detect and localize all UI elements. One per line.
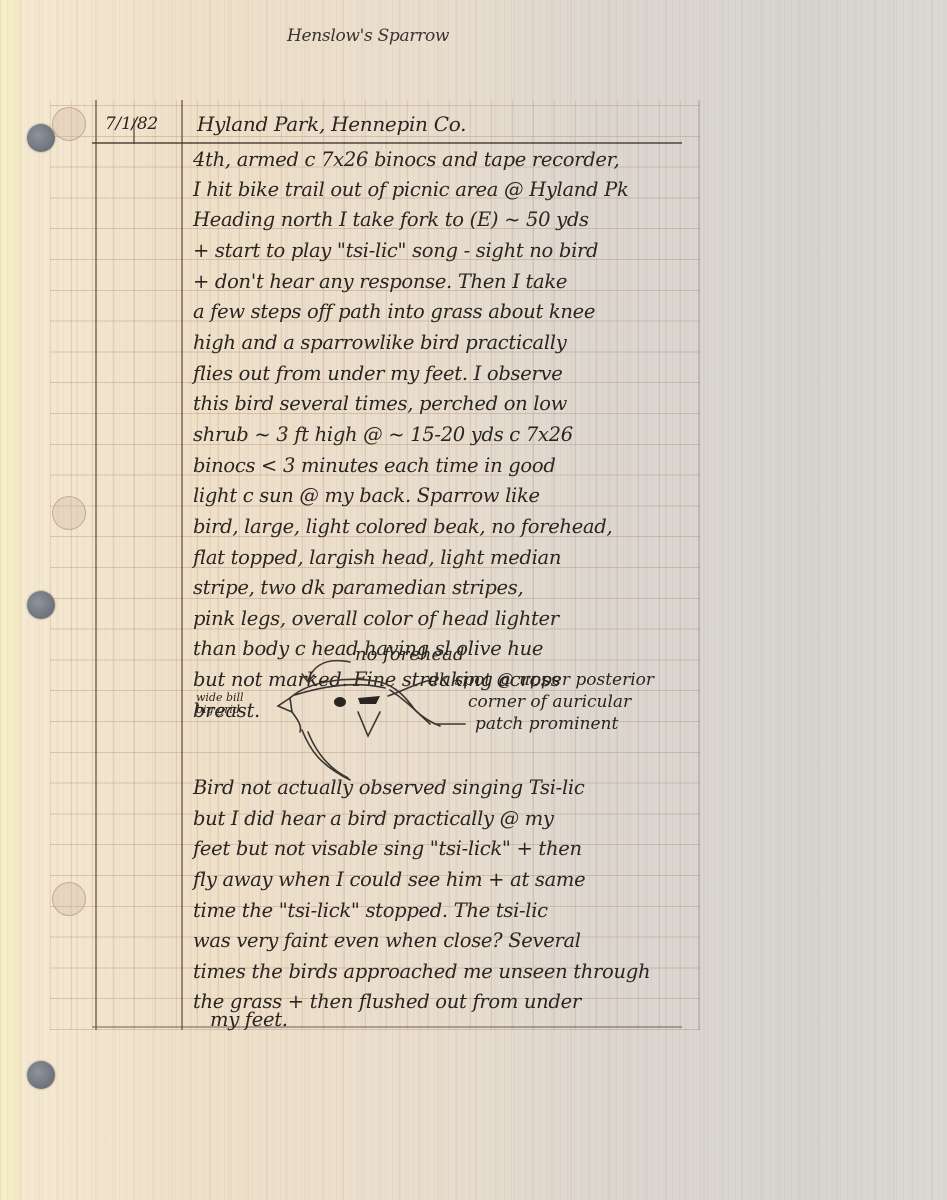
entry-location: Hyland Park, Hennepin Co.: [197, 112, 466, 136]
text-line: Heading north I take fork to (E) ~ 50 yd…: [193, 208, 589, 231]
text-line: high and a sparrowlike bird practically: [193, 331, 566, 354]
margin-rule: [95, 100, 97, 1030]
header-underline: [92, 142, 682, 144]
label-dark-spot-line-3: patch prominent: [475, 714, 618, 734]
text-line: shrub ~ 3 ft high @ ~ 15-20 yds c 7x26: [193, 423, 573, 446]
text-line: was very faint even when close? Several: [193, 929, 581, 952]
text-line: light c sun @ my back. Sparrow like: [193, 484, 540, 507]
text-line: feet but not visable sing "tsi-lick" + t…: [193, 837, 582, 860]
ghost-hole-icon: [52, 496, 86, 530]
page-left-margin: [0, 0, 22, 1200]
text-line: flies out from under my feet. I observe: [193, 362, 562, 385]
text-line: a few steps off path into grass about kn…: [193, 300, 595, 323]
page-title: Henslow's Sparrow: [287, 26, 449, 46]
bird-head-sketch: no forehead wide bill big grid dk spot @…: [190, 640, 710, 790]
text-line: fly away when I could see him + at same: [193, 868, 585, 891]
label-dark-spot-line-1: dk spot @ upper posterior: [428, 670, 654, 690]
ghost-hole-icon: [52, 107, 86, 141]
footer-rule: [92, 1026, 682, 1028]
text-line: my feet.: [210, 1008, 288, 1031]
label-no-forehead: no forehead: [355, 644, 464, 665]
ghost-hole-icon: [52, 882, 86, 916]
text-line: stripe, two dk paramedian stripes,: [193, 576, 523, 599]
text-line: times the birds approached me unseen thr…: [193, 960, 650, 983]
label-wide-bill: wide bill big grid: [196, 692, 256, 716]
text-line: pink legs, overall color of head lighter: [193, 607, 559, 630]
text-line: bird, large, light colored beak, no fore…: [193, 515, 612, 538]
binder-hole-icon: [27, 1061, 55, 1089]
text-line: + don't hear any response. Then I take: [193, 270, 567, 293]
text-line: I hit bike trail out of picnic area @ Hy…: [193, 178, 628, 201]
label-dark-spot-line-2: corner of auricular: [468, 692, 631, 712]
binder-hole-icon: [27, 124, 55, 152]
binder-hole-icon: [27, 591, 55, 619]
text-line: time the "tsi-lick" stopped. The tsi-lic: [193, 899, 548, 922]
text-line: but I did hear a bird practically @ my: [193, 807, 554, 830]
date-column-rule: [181, 100, 183, 1030]
entry-date: 7/1/82: [105, 114, 158, 134]
text-line: this bird several times, perched on low: [193, 392, 567, 415]
text-line: 4th, armed c 7x26 binocs and tape record…: [193, 148, 619, 171]
text-line: binocs < 3 minutes each time in good: [193, 454, 556, 477]
text-line: Bird not actually observed singing Tsi-l…: [193, 776, 584, 799]
text-line: flat topped, largish head, light median: [193, 546, 561, 569]
right-margin-rule: [698, 100, 700, 1030]
text-line: + start to play "tsi-lic" song - sight n…: [193, 239, 598, 262]
